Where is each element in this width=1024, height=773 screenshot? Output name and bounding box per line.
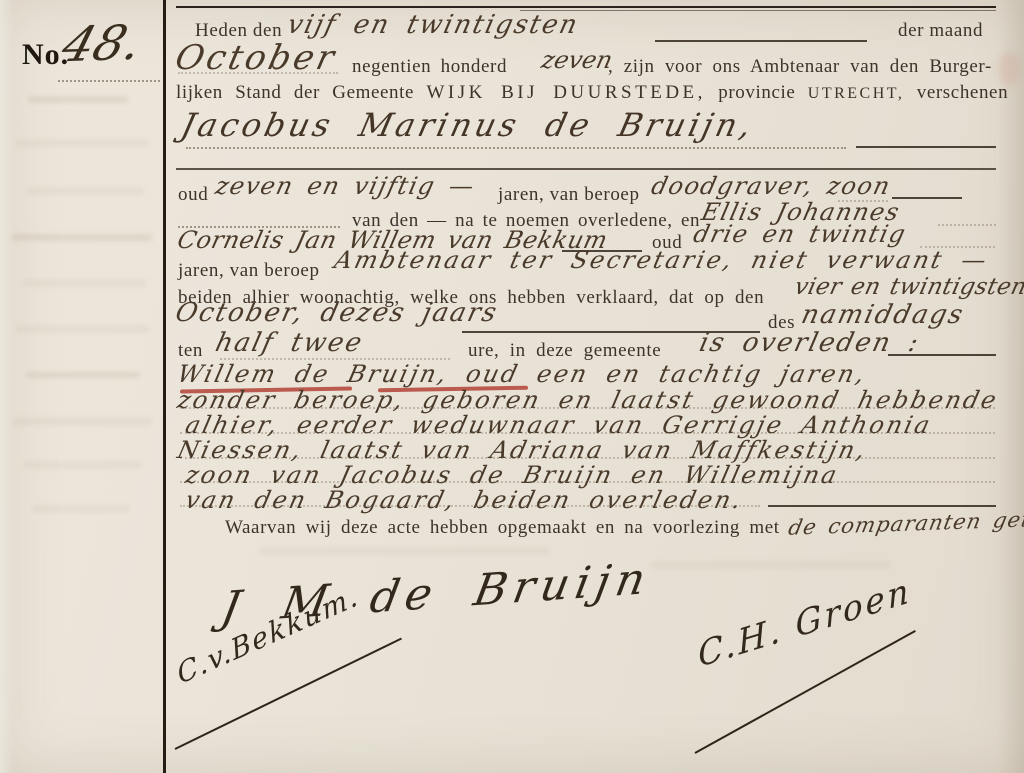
page-left-highlight [0,0,14,773]
leader-dots [180,407,995,409]
blank-rule [768,505,996,507]
blank-rule [176,168,996,170]
printed-ure-gemeente: ure, in deze gemeente [468,340,661,362]
bleedthrough-mark [28,96,128,103]
blank-rule [856,146,996,148]
printed-der-maand: der maand [898,20,983,42]
hw-death-month: October, dezes jaars [173,298,502,328]
printed-lijken-stand: lijken Stand der Gemeente [176,82,414,103]
bleedthrough-mark [24,462,142,468]
printed-jaren-beroep-2: jaren, van beroep [178,260,320,282]
bleedthrough-mark [16,326,150,332]
bleedthrough-mark [26,372,140,378]
gemeente-name: WIJK BIJ DUURSTEDE, [426,82,705,103]
bleedthrough-mark [32,506,130,512]
bleedthrough-mark [650,562,890,568]
bleedthrough-mark [26,188,144,194]
blank-rule [655,40,867,42]
hw-year: zeven [539,46,616,74]
hw-namiddags: namiddags [799,300,968,330]
hw-deceased-parents-1: zoon van Jacobus de Bruijn en Willemijna [183,461,842,489]
printed-zijn-voor-ons: , zijn voor ons Ambtenaar van den Burger… [608,56,992,78]
printed-verschenen: verschenen [917,82,1008,103]
printed-provincie: provincie [718,82,795,103]
leader-dots [180,505,760,507]
hw-closing: de comparanten geteekend. [786,504,1024,540]
hw-declarant1-name: Jacobus Marinus de Bruijn, [178,106,759,144]
margin-vertical-rule [163,0,166,773]
hw-declarant1-age: zeven en vijftig — [213,172,478,200]
hw-day-ordinal: vijf en twintigsten [285,10,582,40]
bleedthrough-mark [14,418,152,425]
leader-dots [186,147,846,149]
leader-dots [180,481,995,483]
page-right-shadow [998,0,1024,773]
hw-declarant2-occupation: Ambtenaar ter Secretarie, niet verwant — [332,246,992,274]
leader-dots [180,457,995,459]
header-top-rule-2 [520,10,996,11]
printed-jaren-beroep: jaren, van beroep [498,184,640,206]
hw-declarant1-occupation: doodgraver, zoon [649,172,894,200]
printed-closing: Waarvan wij deze acte hebben opgemaakt e… [225,517,780,539]
hw-deceased-name-age: Willem de Bruijn, oud een en tachtig jar… [175,360,870,388]
hw-death-time: half twee [213,328,367,358]
province-name: UTRECHT, [808,85,905,102]
hw-deceased-widower-1: alhier, eerder weduwnaar van Gerrigje An… [183,411,935,439]
hw-deceased-occupation: zonder beroep, geboren en laatst gewoond… [175,386,1002,414]
act-number-value: 48. [55,15,148,74]
hw-deceased-widower-2: Niessen, laatst van Adriana van Maffkest… [175,436,870,464]
leader-dots [178,72,338,74]
death-certificate-scan: { "colors":{"paper":"#e9e3d8","printed_i… [0,0,1024,773]
bleedthrough-mark [16,140,148,146]
hw-deceased-parents-2: van den Bogaard, beiden overleden. [183,486,746,514]
leader-dots [180,432,995,434]
blank-rule [888,354,996,356]
signature-ch-groen: C.H. Groen [696,570,913,676]
hw-declarant2-age: drie en twintig [691,220,910,248]
bleedthrough-mark [22,280,146,286]
hw-death-day: vier en twintigsten [792,274,1024,300]
bleedthrough-mark [12,234,152,241]
act-number-leader [58,80,160,82]
bleedthrough-mark [260,548,550,554]
printed-oud: oud [178,184,208,206]
leader-dots [938,224,996,226]
header-top-rule [176,6,996,8]
printed-negentien-honderd: negentien honderd [352,56,507,78]
pink-smudge [998,52,1020,86]
printed-gemeente-line: lijken Stand der Gemeente WIJK BIJ DUURS… [176,82,1008,104]
printed-ten: ten [178,340,203,362]
